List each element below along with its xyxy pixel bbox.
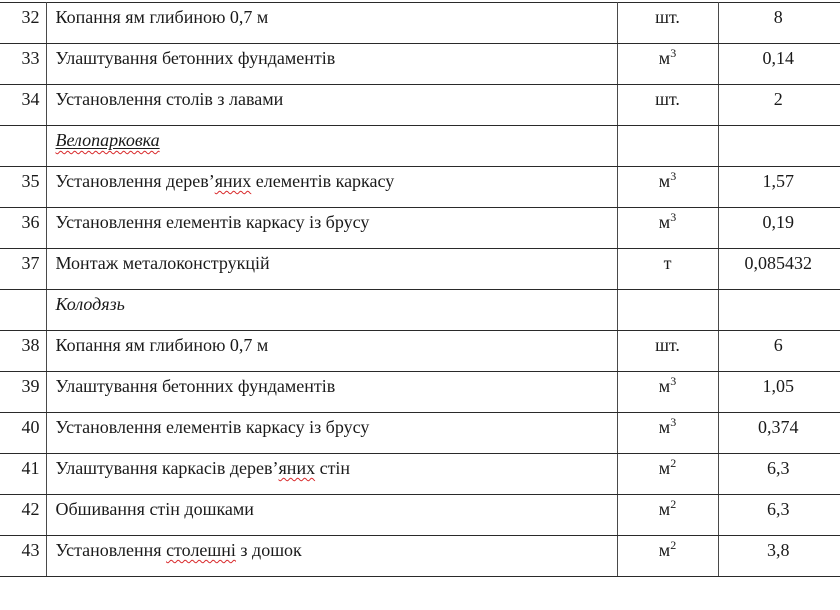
quantity-cell: [718, 126, 840, 167]
table-row: 41Улаштування каркасів деревʼяних стінм2…: [0, 454, 840, 495]
table-row: 39Улаштування бетонних фундаментівм31,05: [0, 372, 840, 413]
work-name-text: Установлення: [56, 540, 167, 560]
table-row: 42Обшивання стін дошкамим26,3: [0, 495, 840, 536]
table-row: 40Установлення елементів каркасу із брус…: [0, 413, 840, 454]
row-number-cell: 40: [0, 413, 46, 454]
row-number-cell: 41: [0, 454, 46, 495]
section-title-cell: Велопарковка: [46, 126, 617, 167]
quantity-cell: [718, 290, 840, 331]
work-name-cell: Улаштування бетонних фундаментів: [46, 44, 617, 85]
unit-text: шт.: [655, 7, 680, 27]
work-name-cell: Монтаж металоконструкцій: [46, 249, 617, 290]
table-row: 35Установлення деревʼяних елементів карк…: [0, 167, 840, 208]
work-name-cell: Копання ям глибиною 0,7 м: [46, 331, 617, 372]
row-number-cell: 34: [0, 85, 46, 126]
work-name-cell: Копання ям глибиною 0,7 м: [46, 3, 617, 44]
unit-cell: м3: [617, 372, 718, 413]
unit-cell: т: [617, 249, 718, 290]
unit-cell: шт.: [617, 331, 718, 372]
quantity-cell: 8: [718, 3, 840, 44]
unit-exponent: 3: [670, 46, 676, 60]
row-number-cell: 33: [0, 44, 46, 85]
work-name-cell: Установлення елементів каркасу із брусу: [46, 208, 617, 249]
spellcheck-marked-word: яних: [215, 171, 252, 191]
unit-cell: шт.: [617, 85, 718, 126]
unit-cell: м2: [617, 495, 718, 536]
spellcheck-marked-text: Велопарковка: [56, 130, 160, 150]
unit-text: т: [664, 253, 672, 273]
row-number-cell: 36: [0, 208, 46, 249]
quantity-cell: 0,085432: [718, 249, 840, 290]
row-number-cell: [0, 126, 46, 167]
unit-exponent: 2: [670, 538, 676, 552]
work-name-text: Установлення дерев: [56, 171, 209, 191]
table-row: 37Монтаж металоконструкційт0,085432: [0, 249, 840, 290]
quantity-cell: 0,374: [718, 413, 840, 454]
unit-text: м: [659, 212, 670, 232]
unit-text: м: [659, 417, 670, 437]
unit-cell: м3: [617, 413, 718, 454]
unit-cell: [617, 126, 718, 167]
row-number-cell: [0, 290, 46, 331]
table-row: 43Установлення столешні з дошокм23,8: [0, 536, 840, 577]
unit-cell: м3: [617, 44, 718, 85]
unit-exponent: 3: [670, 374, 676, 388]
work-name-cell: Установлення столешні з дошок: [46, 536, 617, 577]
work-name-text: елементів каркасу: [251, 171, 394, 191]
quantity-cell: 3,8: [718, 536, 840, 577]
quantity-cell: 1,05: [718, 372, 840, 413]
quantity-cell: 2: [718, 85, 840, 126]
quantity-cell: 1,57: [718, 167, 840, 208]
section-title: Колодязь: [56, 294, 125, 314]
quantity-cell: 6,3: [718, 495, 840, 536]
row-number-cell: 39: [0, 372, 46, 413]
unit-text: шт.: [655, 335, 680, 355]
spellcheck-marked-word: столешні: [166, 540, 236, 560]
row-number-cell: 38: [0, 331, 46, 372]
quantity-cell: 6: [718, 331, 840, 372]
table-row: 38Копання ям глибиною 0,7 мшт.6: [0, 331, 840, 372]
unit-exponent: 3: [670, 210, 676, 224]
row-number-cell: 37: [0, 249, 46, 290]
section-title: Велопарковка: [56, 130, 160, 150]
unit-exponent: 3: [670, 415, 676, 429]
unit-text: м: [659, 171, 670, 191]
section-header-row: Велопарковка: [0, 126, 840, 167]
work-name-cell: Установлення столів з лавами: [46, 85, 617, 126]
section-title-cell: Колодязь: [46, 290, 617, 331]
work-volume-table: 32Копання ям глибиною 0,7 мшт.833Улаштув…: [0, 2, 840, 577]
work-name-cell: Установлення деревʼяних елементів каркас…: [46, 167, 617, 208]
quantity-cell: 6,3: [718, 454, 840, 495]
unit-cell: [617, 290, 718, 331]
table-row: 34Установлення столів з лавамишт.2: [0, 85, 840, 126]
row-number-cell: 43: [0, 536, 46, 577]
unit-cell: м3: [617, 208, 718, 249]
spellcheck-marked-word: яних: [279, 458, 316, 478]
unit-exponent: 2: [670, 456, 676, 470]
section-header-row: Колодязь: [0, 290, 840, 331]
table-body: 32Копання ям глибиною 0,7 мшт.833Улаштув…: [0, 3, 840, 577]
unit-text: м: [659, 458, 670, 478]
work-name-text: Улаштування каркасів дерев: [56, 458, 273, 478]
unit-cell: м3: [617, 167, 718, 208]
unit-text: м: [659, 48, 670, 68]
work-name-text: стін: [315, 458, 350, 478]
row-number-cell: 35: [0, 167, 46, 208]
unit-exponent: 3: [670, 169, 676, 183]
row-number-cell: 42: [0, 495, 46, 536]
work-name-cell: Улаштування бетонних фундаментів: [46, 372, 617, 413]
work-name-text: з дошок: [236, 540, 302, 560]
unit-text: шт.: [655, 89, 680, 109]
unit-cell: м2: [617, 454, 718, 495]
row-number-cell: 32: [0, 3, 46, 44]
work-name-cell: Улаштування каркасів деревʼяних стін: [46, 454, 617, 495]
quantity-cell: 0,14: [718, 44, 840, 85]
quantity-cell: 0,19: [718, 208, 840, 249]
unit-exponent: 2: [670, 497, 676, 511]
table-row: 33Улаштування бетонних фундаментівм30,14: [0, 44, 840, 85]
work-volume-table-container: 32Копання ям глибиною 0,7 мшт.833Улаштув…: [0, 2, 840, 577]
unit-text: м: [659, 376, 670, 396]
unit-cell: шт.: [617, 3, 718, 44]
work-name-cell: Обшивання стін дошками: [46, 495, 617, 536]
unit-text: м: [659, 540, 670, 560]
unit-text: м: [659, 499, 670, 519]
unit-cell: м2: [617, 536, 718, 577]
work-name-cell: Установлення елементів каркасу із брусу: [46, 413, 617, 454]
table-row: 32Копання ям глибиною 0,7 мшт.8: [0, 3, 840, 44]
table-row: 36Установлення елементів каркасу із брус…: [0, 208, 840, 249]
